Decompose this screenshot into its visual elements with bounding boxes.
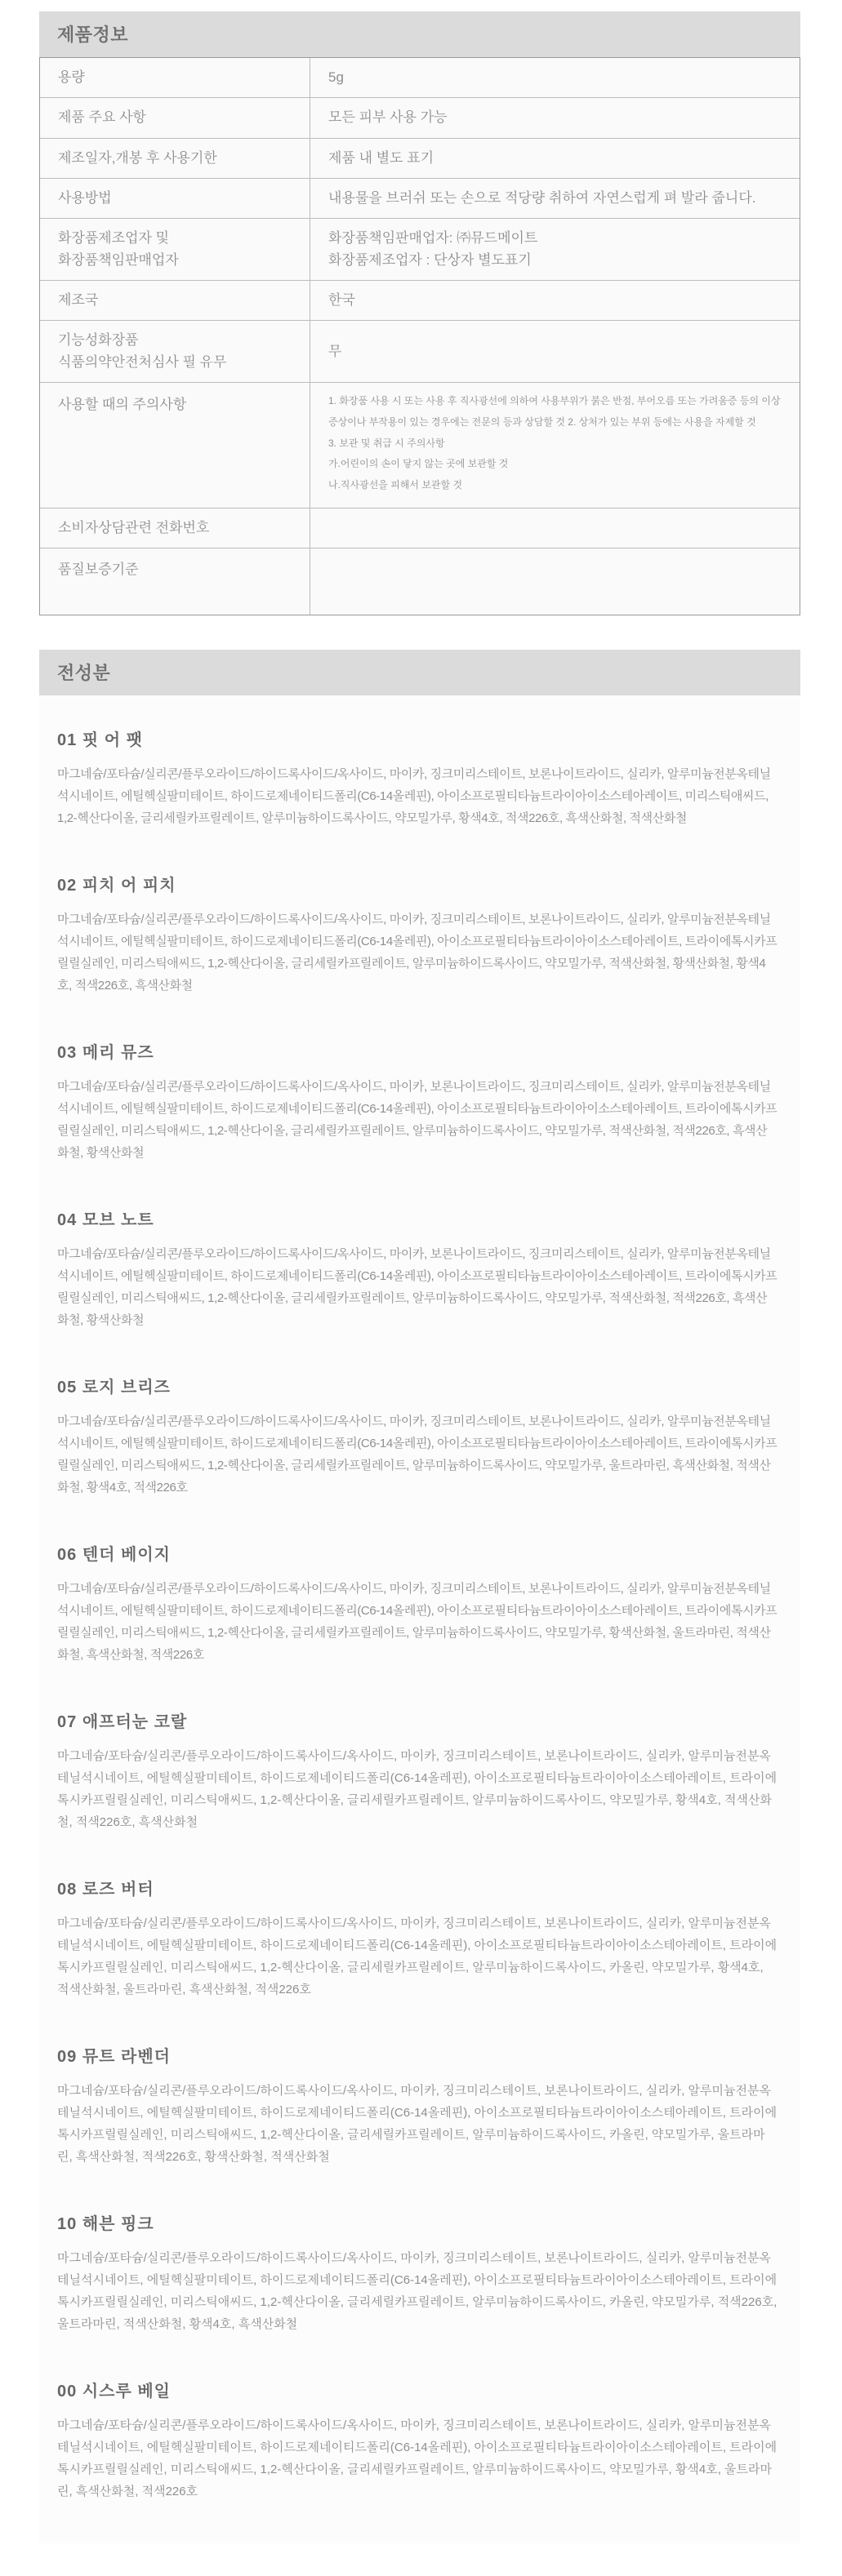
ingredient-item-09: 09 뮤트 라벤더 마그네슘/포타슘/실리콘/플루오라이드/하이드록사이드/옥사… xyxy=(39,2022,800,2189)
product-info-section-title: 제품정보 xyxy=(39,11,800,57)
ingredient-item-title: 03 메리 뮤즈 xyxy=(57,1039,777,1063)
ingredient-item-text: 마그네슘/포타슘/실리콘/플루오라이드/하이드록사이드/옥사이드, 마이카, 징… xyxy=(57,2247,777,2335)
row-label: 용량 xyxy=(40,58,310,98)
ingredient-item-title: 04 모브 노트 xyxy=(57,1206,777,1230)
row-value: 제품 내 별도 표기 xyxy=(310,138,800,178)
row-value: 무 xyxy=(310,321,800,383)
ingredients-list: 01 핏 어 팻 마그네슘/포타슘/실리콘/플루오라이드/하이드록사이드/옥사이… xyxy=(39,695,800,2543)
table-row-caution: 사용할 때의 주의사항 1. 화장품 사용 시 또는 사용 후 직사광선에 의하… xyxy=(40,383,800,509)
ingredient-item-text: 마그네슘/포타슘/실리콘/플루오라이드/하이드록사이드/옥사이드, 마이카, 징… xyxy=(57,2080,777,2168)
ingredient-item-title: 09 뮤트 라벤더 xyxy=(57,2043,777,2067)
table-row-capacity: 용량 5g xyxy=(40,58,800,98)
row-value xyxy=(310,549,800,615)
ingredient-item-title: 06 텐더 베이지 xyxy=(57,1541,777,1565)
row-label: 소비자상담관련 전화번호 xyxy=(40,509,310,549)
table-row-warranty: 품질보증기준 xyxy=(40,549,800,615)
ingredients-section: 전성분 01 핏 어 팻 마그네슘/포타슘/실리콘/플루오라이드/하이드록사이드… xyxy=(39,650,800,2543)
row-value: 모든 피부 사용 가능 xyxy=(310,98,800,138)
row-value: 5g xyxy=(310,58,800,98)
row-label: 기능성화장품 식품의약안전처심사 필 유무 xyxy=(40,321,310,383)
ingredient-item-10: 10 해븐 핑크 마그네슘/포타슘/실리콘/플루오라이드/하이드록사이드/옥사이… xyxy=(39,2189,800,2356)
row-value xyxy=(310,509,800,549)
ingredient-item-06: 06 텐더 베이지 마그네슘/포타슘/실리콘/플루오라이드/하이드록사이드/옥사… xyxy=(39,1520,800,1687)
ingredient-item-title: 08 로즈 버터 xyxy=(57,1876,777,1899)
table-row-consumer-phone: 소비자상담관련 전화번호 xyxy=(40,509,800,549)
row-value: 1. 화장품 사용 시 또는 사용 후 직사광선에 의하여 사용부위가 붉은 반… xyxy=(310,383,800,509)
table-row-manufacturer: 화장품제조업자 및 화장품책임판매업자 화장품책임판매업자: ㈜뮤드메이트 화장… xyxy=(40,219,800,281)
ingredient-item-text: 마그네슘/포타슘/실리콘/플루오라이드/하이드록사이드/옥사이드, 마이카, 징… xyxy=(57,1578,777,1666)
row-label: 제조일자,개봉 후 사용기한 xyxy=(40,138,310,178)
table-row-key-features: 제품 주요 사항 모든 피부 사용 가능 xyxy=(40,98,800,138)
ingredient-item-05: 05 로지 브리즈 마그네슘/포타슘/실리콘/플루오라이드/하이드록사이드/옥사… xyxy=(39,1352,800,1520)
row-value: 내용물을 브러쉬 또는 손으로 적당량 취하여 자연스럽게 펴 발라 줍니다. xyxy=(310,179,800,219)
ingredient-item-text: 마그네슘/포타슘/실리콘/플루오라이드/하이드록사이드/옥사이드, 마이카, 징… xyxy=(57,2414,777,2503)
table-row-functional: 기능성화장품 식품의약안전처심사 필 유무 무 xyxy=(40,321,800,383)
row-value: 한국 xyxy=(310,281,800,321)
ingredient-item-title: 00 시스루 베일 xyxy=(57,2378,777,2401)
table-row-mfg-date: 제조일자,개봉 후 사용기한 제품 내 별도 표기 xyxy=(40,138,800,178)
ingredient-item-01: 01 핏 어 팻 마그네슘/포타슘/실리콘/플루오라이드/하이드록사이드/옥사이… xyxy=(39,705,800,851)
table-row-usage: 사용방법 내용물을 브러쉬 또는 손으로 적당량 취하여 자연스럽게 펴 발라 … xyxy=(40,179,800,219)
ingredient-item-text: 마그네슘/포타슘/실리콘/플루오라이드/하이드록사이드/옥사이드, 마이카, 징… xyxy=(57,1912,777,2001)
ingredient-item-00: 00 시스루 베일 마그네슘/포타슘/실리콘/플루오라이드/하이드록사이드/옥사… xyxy=(39,2356,800,2524)
ingredient-item-title: 07 애프터눈 코랄 xyxy=(57,1708,777,1732)
row-label: 사용방법 xyxy=(40,179,310,219)
ingredient-item-08: 08 로즈 버터 마그네슘/포타슘/실리콘/플루오라이드/하이드록사이드/옥사이… xyxy=(39,1854,800,2022)
ingredient-item-title: 10 해븐 핑크 xyxy=(57,2210,777,2234)
row-label: 화장품제조업자 및 화장품책임판매업자 xyxy=(40,219,310,281)
ingredient-item-text: 마그네슘/포타슘/실리콘/플루오라이드/하이드록사이드/옥사이드, 마이카, 보… xyxy=(57,1243,777,1331)
ingredient-item-title: 01 핏 어 팻 xyxy=(57,726,777,750)
row-value: 화장품책임판매업자: ㈜뮤드메이트 화장품제조업자 : 단상자 별도표기 xyxy=(310,219,800,281)
ingredient-item-04: 04 모브 노트 마그네슘/포타슘/실리콘/플루오라이드/하이드록사이드/옥사이… xyxy=(39,1185,800,1352)
row-label: 사용할 때의 주의사항 xyxy=(40,383,310,509)
product-info-table: 용량 5g 제품 주요 사항 모든 피부 사용 가능 제조일자,개봉 후 사용기… xyxy=(39,57,800,615)
ingredient-item-03: 03 메리 뮤즈 마그네슘/포타슘/실리콘/플루오라이드/하이드록사이드/옥사이… xyxy=(39,1018,800,1185)
ingredient-item-text: 마그네슘/포타슘/실리콘/플루오라이드/하이드록사이드/옥사이드, 마이카, 징… xyxy=(57,1410,777,1499)
ingredients-section-title: 전성분 xyxy=(39,650,800,695)
row-label: 품질보증기준 xyxy=(40,549,310,615)
ingredient-item-02: 02 피치 어 피치 마그네슘/포타슘/실리콘/플루오라이드/하이드록사이드/옥… xyxy=(39,851,800,1018)
product-info-section: 제품정보 용량 5g 제품 주요 사항 모든 피부 사용 가능 제조일자,개봉 … xyxy=(39,11,800,615)
ingredient-item-title: 05 로지 브리즈 xyxy=(57,1374,777,1397)
product-detail-page: 제품정보 용량 5g 제품 주요 사항 모든 피부 사용 가능 제조일자,개봉 … xyxy=(0,0,842,2576)
ingredient-item-text: 마그네슘/포타슘/실리콘/플루오라이드/하이드록사이드/옥사이드, 마이카, 징… xyxy=(57,1745,777,1833)
ingredient-item-text: 마그네슘/포타슘/실리콘/플루오라이드/하이드록사이드/옥사이드, 마이카, 보… xyxy=(57,1076,777,1164)
ingredient-item-text: 마그네슘/포타슘/실리콘/플루오라이드/하이드록사이드/옥사이드, 마이카, 징… xyxy=(57,908,777,997)
table-row-country: 제조국 한국 xyxy=(40,281,800,321)
row-label: 제품 주요 사항 xyxy=(40,98,310,138)
row-label: 제조국 xyxy=(40,281,310,321)
ingredient-item-07: 07 애프터눈 코랄 마그네슘/포타슘/실리콘/플루오라이드/하이드록사이드/옥… xyxy=(39,1687,800,1854)
ingredient-item-title: 02 피치 어 피치 xyxy=(57,872,777,895)
ingredient-item-text: 마그네슘/포타슘/실리콘/플루오라이드/하이드록사이드/옥사이드, 마이카, 징… xyxy=(57,763,777,829)
